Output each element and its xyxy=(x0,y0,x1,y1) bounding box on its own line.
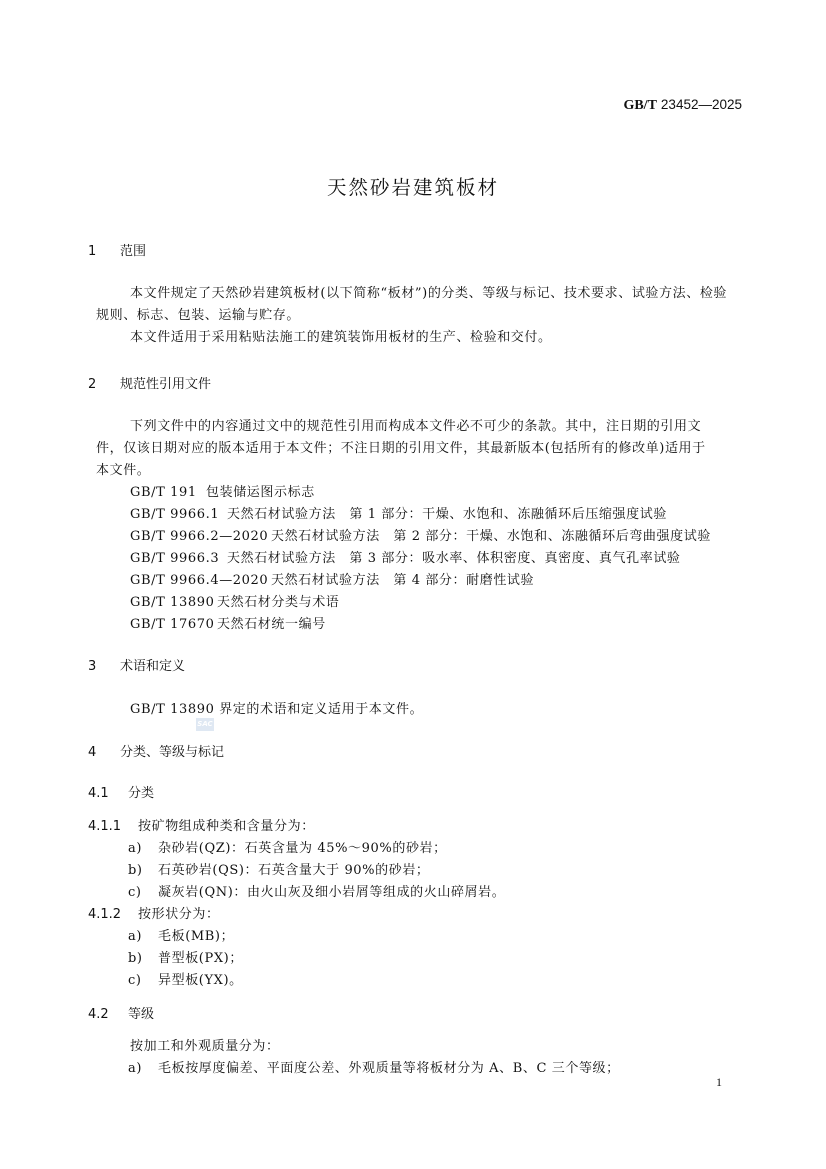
reference-code: GB/T 9966.3 xyxy=(130,551,227,566)
section-number: 1 xyxy=(88,244,120,259)
sac-watermark: SAC xyxy=(196,718,214,731)
section-number: 4.1 xyxy=(88,786,128,801)
list-item: b)石英砂岩(QS)：石英含量大于 90%的砂岩； xyxy=(128,859,430,878)
section-2-heading: 2规范性引用文件 xyxy=(88,373,211,392)
section-number: 4.2 xyxy=(88,1007,128,1022)
section-title: 分类、等级与标记 xyxy=(120,745,224,760)
list-text: 异型板(YX)。 xyxy=(158,973,243,988)
reference-code: GB/T 9966.2—2020 xyxy=(130,529,271,544)
reference-title: 天然石材试验方法 第 3 部分：吸水率、体积密度、真密度、真气孔率试验 xyxy=(227,551,681,566)
references-intro-line-3: 本文件。 xyxy=(96,459,150,478)
section-number: 3 xyxy=(88,659,120,674)
list-text: 毛板按厚度偏差、平面度公差、外观质量等将板材分为 A、B、C 三个等级； xyxy=(158,1061,620,1076)
section-title: 等级 xyxy=(128,1007,154,1022)
reference-title: 包装储运图示标志 xyxy=(206,485,315,500)
section-title: 规范性引用文件 xyxy=(120,377,211,392)
terms-paragraph: GB/T 13890 界定的术语和定义适用于本文件。 xyxy=(130,698,423,717)
section-title: 按形状分为： xyxy=(138,907,220,922)
list-item: b)普型板(PX)； xyxy=(128,947,243,966)
section-number: 4 xyxy=(88,745,120,760)
section-number: 2 xyxy=(88,377,120,392)
section-4-heading: 4分类、等级与标记 xyxy=(88,741,224,760)
list-marker: b) xyxy=(128,951,158,966)
standard-number: GB/T23452—2025 xyxy=(0,97,742,114)
list-item: a)毛板(MB)； xyxy=(128,925,234,944)
section-1-heading: 1范围 xyxy=(88,240,146,259)
list-text: 杂砂岩(QZ)：石英含量为 45%～90%的砂岩； xyxy=(158,841,447,856)
reference-item: GB/T 9966.3天然石材试验方法 第 3 部分：吸水率、体积密度、真密度、… xyxy=(130,547,681,566)
list-marker: c) xyxy=(128,973,158,988)
list-marker: a) xyxy=(128,841,158,856)
reference-title: 天然石材分类与术语 xyxy=(217,595,339,610)
document-title: 天然砂岩建筑板材 xyxy=(0,172,826,200)
references-intro-line-1: 下列文件中的内容通过文中的规范性引用而构成本文件必不可少的条款。其中，注日期的引… xyxy=(130,415,701,434)
section-number: 4.1.2 xyxy=(88,907,138,922)
list-marker: b) xyxy=(128,863,158,878)
reference-title: 天然石材试验方法 第 1 部分：干燥、水饱和、冻融循环后压缩强度试验 xyxy=(227,507,667,522)
section-title: 分类 xyxy=(128,786,154,801)
section-title: 术语和定义 xyxy=(120,659,185,674)
references-intro-line-2: 件，仅该日期对应的版本适用于本文件；不注日期的引用文件，其最新版本(包括所有的修… xyxy=(96,437,706,456)
reference-title: 天然石材试验方法 第 4 部分：耐磨性试验 xyxy=(271,573,534,588)
list-text: 毛板(MB)； xyxy=(158,929,234,944)
scope-paragraph-1-line-2: 规则、标志、包装、运输与贮存。 xyxy=(96,304,300,323)
page-number: 1 xyxy=(716,1075,722,1090)
reference-code: GB/T 191 xyxy=(130,485,206,500)
standard-code: 23452—2025 xyxy=(661,97,742,112)
list-text: 凝灰岩(QN)：由火山灰及细小岩屑等组成的火山碎屑岩。 xyxy=(158,885,505,900)
section-number: 4.1.1 xyxy=(88,819,138,834)
section-3-heading: 3术语和定义 xyxy=(88,655,185,674)
section-4-1-2-heading: 4.1.2按形状分为： xyxy=(88,903,220,922)
document-page: GB/T23452—2025 天然砂岩建筑板材 1范围 本文件规定了天然砂岩建筑… xyxy=(0,0,826,1169)
grade-paragraph: 按加工和外观质量分为： xyxy=(130,1035,280,1054)
list-item: c)凝灰岩(QN)：由火山灰及细小岩屑等组成的火山碎屑岩。 xyxy=(128,881,505,900)
list-marker: a) xyxy=(128,929,158,944)
scope-paragraph-2: 本文件适用于采用粘贴法施工的建筑装饰用板材的生产、检验和交付。 xyxy=(130,326,552,345)
reference-code: GB/T 13890 xyxy=(130,595,217,610)
section-title: 范围 xyxy=(120,244,146,259)
reference-item: GB/T 13890天然石材分类与术语 xyxy=(130,591,339,610)
list-marker: c) xyxy=(128,885,158,900)
reference-item: GB/T 191包装储运图示标志 xyxy=(130,481,315,500)
reference-code: GB/T 9966.1 xyxy=(130,507,227,522)
section-title: 按矿物组成种类和含量分为： xyxy=(138,819,315,834)
reference-item: GB/T 17670天然石材统一编号 xyxy=(130,613,326,632)
list-text: 普型板(PX)； xyxy=(158,951,243,966)
section-4-1-1-heading: 4.1.1按矿物组成种类和含量分为： xyxy=(88,815,315,834)
list-text: 石英砂岩(QS)：石英含量大于 90%的砂岩； xyxy=(158,863,430,878)
reference-title: 天然石材统一编号 xyxy=(217,617,326,632)
reference-item: GB/T 9966.4—2020天然石材试验方法 第 4 部分：耐磨性试验 xyxy=(130,569,534,588)
section-4-1-heading: 4.1分类 xyxy=(88,782,154,801)
reference-code: GB/T 9966.4—2020 xyxy=(130,573,271,588)
standard-prefix: GB/T xyxy=(623,98,656,113)
reference-title: 天然石材试验方法 第 2 部分：干燥、水饱和、冻融循环后弯曲强度试验 xyxy=(271,529,711,544)
reference-item: GB/T 9966.2—2020天然石材试验方法 第 2 部分：干燥、水饱和、冻… xyxy=(130,525,711,544)
list-item: a)毛板按厚度偏差、平面度公差、外观质量等将板材分为 A、B、C 三个等级； xyxy=(128,1057,620,1076)
reference-item: GB/T 9966.1天然石材试验方法 第 1 部分：干燥、水饱和、冻融循环后压… xyxy=(130,503,667,522)
section-4-2-heading: 4.2等级 xyxy=(88,1003,154,1022)
reference-code: GB/T 17670 xyxy=(130,617,217,632)
list-item: c)异型板(YX)。 xyxy=(128,969,243,988)
scope-paragraph-1-line-1: 本文件规定了天然砂岩建筑板材(以下简称“板材”)的分类、等级与标记、技术要求、试… xyxy=(130,282,727,301)
list-marker: a) xyxy=(128,1061,158,1076)
list-item: a)杂砂岩(QZ)：石英含量为 45%～90%的砂岩； xyxy=(128,837,447,856)
